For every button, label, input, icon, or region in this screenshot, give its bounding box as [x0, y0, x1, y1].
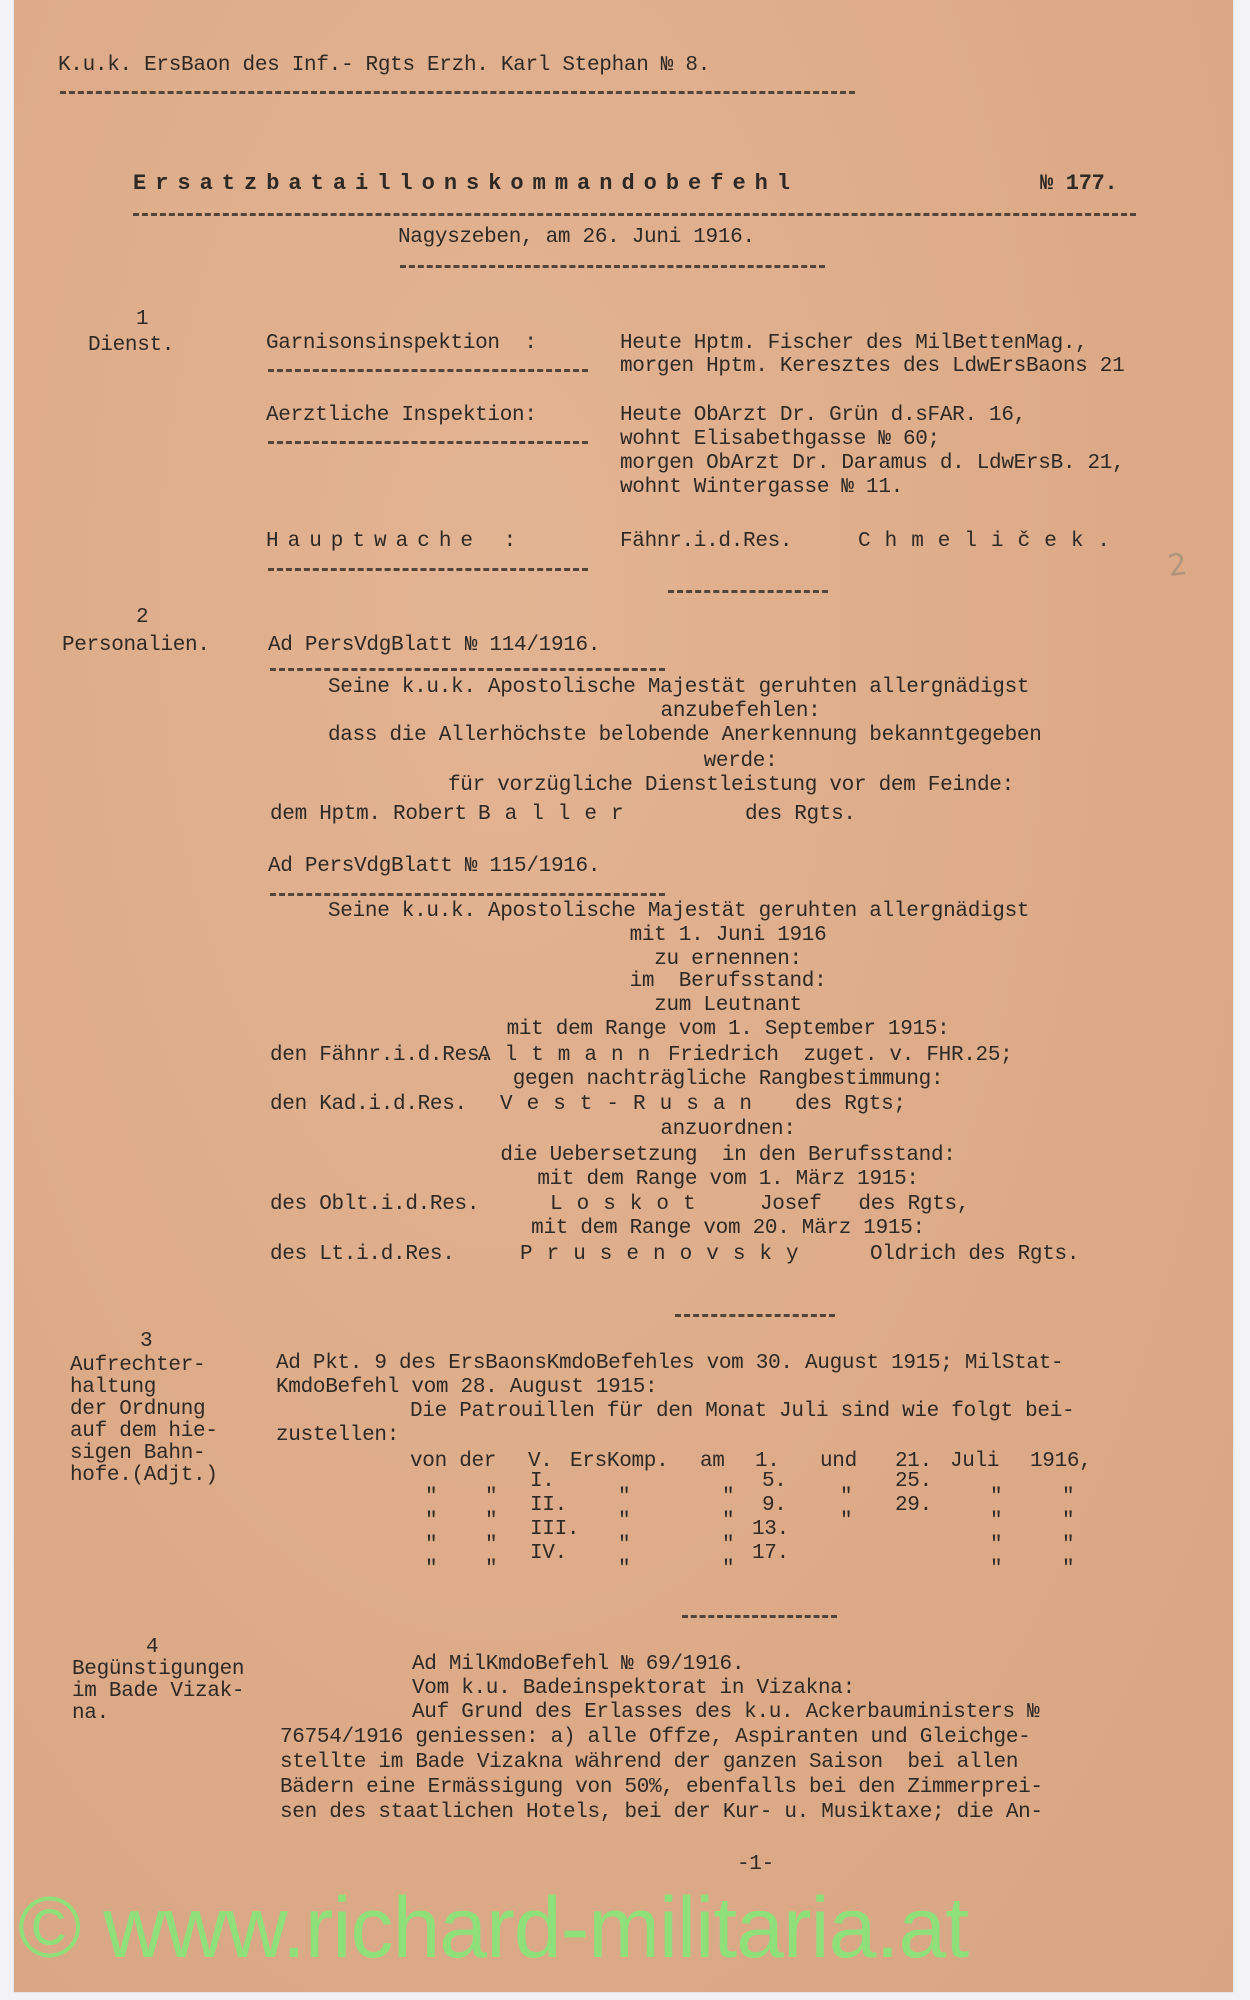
section-4-label-line: Begünstigungen: [72, 1658, 244, 1682]
section-1-label: Dienst.: [88, 334, 174, 358]
text-line: zustellen:: [276, 1424, 399, 1448]
text-line: mit 1. Juni 1916: [268, 924, 1188, 948]
person-name: Baller: [478, 803, 638, 827]
main-guard-underline: [268, 568, 588, 571]
garrison-inspection-line-2: morgen Hptm. Keresztes des LdwErsBaons 2…: [620, 355, 1124, 379]
text-line: des Rgts.: [745, 803, 856, 827]
ditto-mark: ": [485, 1534, 497, 1558]
text-line: dass die Allerhöchste belobende Anerkenn…: [328, 724, 1042, 748]
ditto-mark: ": [990, 1558, 1002, 1582]
ditto-mark: ": [722, 1486, 734, 1510]
text-line: dem Hptm. Robert: [270, 803, 467, 827]
text-line: mit dem Range vom 1. März 1915:: [268, 1168, 1188, 1192]
ditto-mark: ": [618, 1534, 630, 1558]
ditto-mark: ": [425, 1534, 437, 1558]
ditto-mark: ": [485, 1558, 497, 1582]
section-3-label-line: hofe.(Adjt.): [70, 1464, 218, 1488]
ditto-mark: ": [722, 1534, 734, 1558]
text-line: Seine k.u.k. Apostolische Majestät geruh…: [328, 676, 1029, 700]
section-4-label-line: na.: [72, 1702, 109, 1726]
text-line: zum Leutnant: [268, 994, 1188, 1018]
text-line: Seine k.u.k. Apostolische Majestät geruh…: [328, 900, 1029, 924]
text-line: 76754/1916 geniessen: a) alle Offze, Asp…: [280, 1726, 1030, 1750]
patrol-row-company: I.: [530, 1470, 555, 1494]
main-guard-name: Chmeliček.: [858, 530, 1124, 554]
ditto-mark: ": [425, 1510, 437, 1534]
patrol-row-day2: 25.: [895, 1470, 932, 1494]
patrol-month: Juli: [950, 1450, 999, 1474]
patrol-und: und: [820, 1450, 857, 1474]
medical-inspection-line-1: Heute ObArzt Dr. Grün d.sFAR. 16,: [620, 404, 1026, 428]
text-line: Ad MilKmdoBefehl № 69/1916.: [412, 1653, 744, 1677]
text-line: des Rgts;: [795, 1093, 906, 1117]
text-line: Vom k.u. Badeinspektorat in Vizakna:: [412, 1677, 855, 1701]
header-underline: [60, 91, 855, 94]
section-3-label-line: Aufrechter-: [70, 1354, 205, 1378]
patrol-row-day1: 13.: [752, 1518, 789, 1542]
person-name: Vest-Rusan: [500, 1093, 766, 1117]
ditto-mark: ": [485, 1510, 497, 1534]
text-line: Auf Grund des Erlasses des k.u. Ackerbau…: [412, 1701, 1039, 1725]
place-date: Nagyszeben, am 26. Juni 1916.: [398, 226, 755, 250]
ditto-mark: ": [1062, 1558, 1074, 1582]
text-line: des Oblt.i.d.Res.: [270, 1193, 479, 1217]
section-2-divider: [675, 1314, 835, 1317]
pers-blatt-115-ref: Ad PersVdgBlatt № 115/1916.: [268, 855, 600, 879]
text-line: für vorzügliche Dienstleistung vor dem F…: [448, 774, 1014, 798]
medical-inspection-line-2: wohnt Elisabethgasse № 60;: [620, 428, 940, 452]
text-line: stellte im Bade Vizakna während der ganz…: [280, 1751, 1018, 1775]
patrol-row-company: IV.: [530, 1542, 567, 1566]
medical-inspection-line-3: morgen ObArzt Dr. Daramus d. LdwErsB. 21…: [620, 452, 1124, 476]
copyright-watermark: © www.richard-militaria.at: [18, 1878, 1233, 1978]
text-line: anzubefehlen:: [268, 700, 1213, 724]
text-line: Die Patrouillen für den Monat Juli sind …: [410, 1400, 1074, 1424]
person-name: Altmann: [478, 1044, 664, 1068]
text-line: Oldrich des Rgts.: [870, 1243, 1079, 1267]
text-line: Bädern eine Ermässigung von 50%, ebenfal…: [280, 1776, 1043, 1800]
patrol-prefix: von der: [410, 1450, 496, 1474]
ditto-mark: ": [990, 1534, 1002, 1558]
patrol-am: am: [700, 1450, 725, 1474]
ditto-mark: ": [840, 1510, 852, 1534]
ditto-mark: ": [1062, 1486, 1074, 1510]
garrison-inspection-line-1: Heute Hptm. Fischer des MilBettenMag.,: [620, 332, 1087, 356]
ditto-mark: ": [1062, 1534, 1074, 1558]
medical-inspection-line-4: wohnt Wintergasse № 11.: [620, 476, 903, 500]
ditto-mark: ": [990, 1486, 1002, 1510]
text-line: des Lt.i.d.Res.: [270, 1243, 455, 1267]
medical-inspection-underline: [268, 441, 588, 444]
title-underline: [133, 213, 1136, 216]
main-guard-key: Hauptwache :: [266, 530, 525, 554]
section-2-label: Personalien.: [62, 634, 210, 658]
garrison-inspection-key: Garnisonsinspektion :: [266, 332, 537, 356]
patrol-unit: ErsKomp.: [570, 1450, 668, 1474]
ditto-mark: ": [618, 1558, 630, 1582]
main-guard-rank: Fähnr.i.d.Res.: [620, 530, 792, 554]
medical-inspection-key: Aerztliche Inspektion:: [266, 404, 537, 428]
section-3-number: 3: [140, 1330, 152, 1354]
text-line: die Uebersetzung in den Berufsstand:: [268, 1144, 1188, 1168]
section-3-label-line: haltung: [70, 1376, 156, 1400]
pers-blatt-115-underline: [270, 893, 665, 896]
section-3-label-line: auf dem hie-: [70, 1420, 218, 1444]
ditto-mark: ": [990, 1510, 1002, 1534]
garrison-inspection-underline: [268, 369, 588, 372]
section-3-label-line: sigen Bahn-: [70, 1442, 205, 1466]
unit-header: K.u.k. ErsBaon des Inf.- Rgts Erzh. Karl…: [58, 54, 710, 78]
patrol-row-company: II.: [530, 1494, 567, 1518]
date-underline: [400, 265, 825, 268]
section-3-label-line: der Ordnung: [70, 1398, 205, 1422]
patrol-year: 1916,: [1030, 1450, 1092, 1474]
patrol-row-day1: 17.: [752, 1542, 789, 1566]
text-line: sen des staatlichen Hotels, bei der Kur-…: [280, 1801, 1043, 1825]
text-line: den Kad.i.d.Res.: [270, 1093, 467, 1117]
patrol-row-day2: 29.: [895, 1494, 932, 1518]
pers-blatt-114-ref: Ad PersVdgBlatt № 114/1916.: [268, 634, 600, 658]
patrol-row-day1: 5.: [762, 1470, 787, 1494]
ditto-mark: ": [618, 1486, 630, 1510]
section-1-divider: [668, 590, 828, 593]
pers-blatt-114-underline: [270, 668, 665, 671]
person-name: Loskot: [550, 1193, 710, 1217]
ditto-mark: ": [1062, 1510, 1074, 1534]
ditto-mark: ": [425, 1558, 437, 1582]
ditto-mark: ": [485, 1486, 497, 1510]
section-3-divider: [682, 1615, 837, 1618]
text-line: KmdoBefehl vom 28. August 1915:: [276, 1376, 657, 1400]
ditto-mark: ": [840, 1486, 852, 1510]
text-line: den Fähnr.i.d.Res.: [270, 1044, 491, 1068]
section-2-number: 2: [136, 606, 148, 630]
text-line: Friedrich zuget. v. FHR.25;: [668, 1044, 1012, 1068]
text-line: werde:: [268, 750, 1213, 774]
section-4-label-line: im Bade Vizak-: [72, 1680, 244, 1704]
section-1-number: 1: [136, 308, 148, 332]
page-number: -1-: [737, 1853, 774, 1877]
text-line: gegen nachträgliche Rangbestimmung:: [268, 1068, 1188, 1092]
text-line: anzuordnen:: [268, 1118, 1188, 1142]
text-line: im Berufsstand:: [268, 970, 1188, 994]
ditto-mark: ": [618, 1510, 630, 1534]
patrol-row-day1: 9.: [762, 1494, 787, 1518]
text-line: mit dem Range vom 1. September 1915:: [268, 1018, 1188, 1042]
patrol-row-company: III.: [530, 1518, 579, 1542]
text-line: mit dem Range vom 20. März 1915:: [268, 1217, 1188, 1241]
ditto-mark: ": [425, 1486, 437, 1510]
text-line: Ad Pkt. 9 des ErsBaonsKmdoBefehles vom 3…: [276, 1352, 1063, 1376]
ditto-mark: ": [722, 1510, 734, 1534]
section-4-number: 4: [146, 1636, 158, 1660]
order-title: Ersatzbataillonskommandobefehl: [133, 172, 799, 196]
person-name: Prusenovsky: [520, 1243, 813, 1267]
text-line: zu ernennen:: [268, 948, 1188, 972]
order-number: № 177.: [1040, 172, 1117, 196]
text-line: Josef des Rgts,: [760, 1193, 969, 1217]
ditto-mark: ": [722, 1558, 734, 1582]
